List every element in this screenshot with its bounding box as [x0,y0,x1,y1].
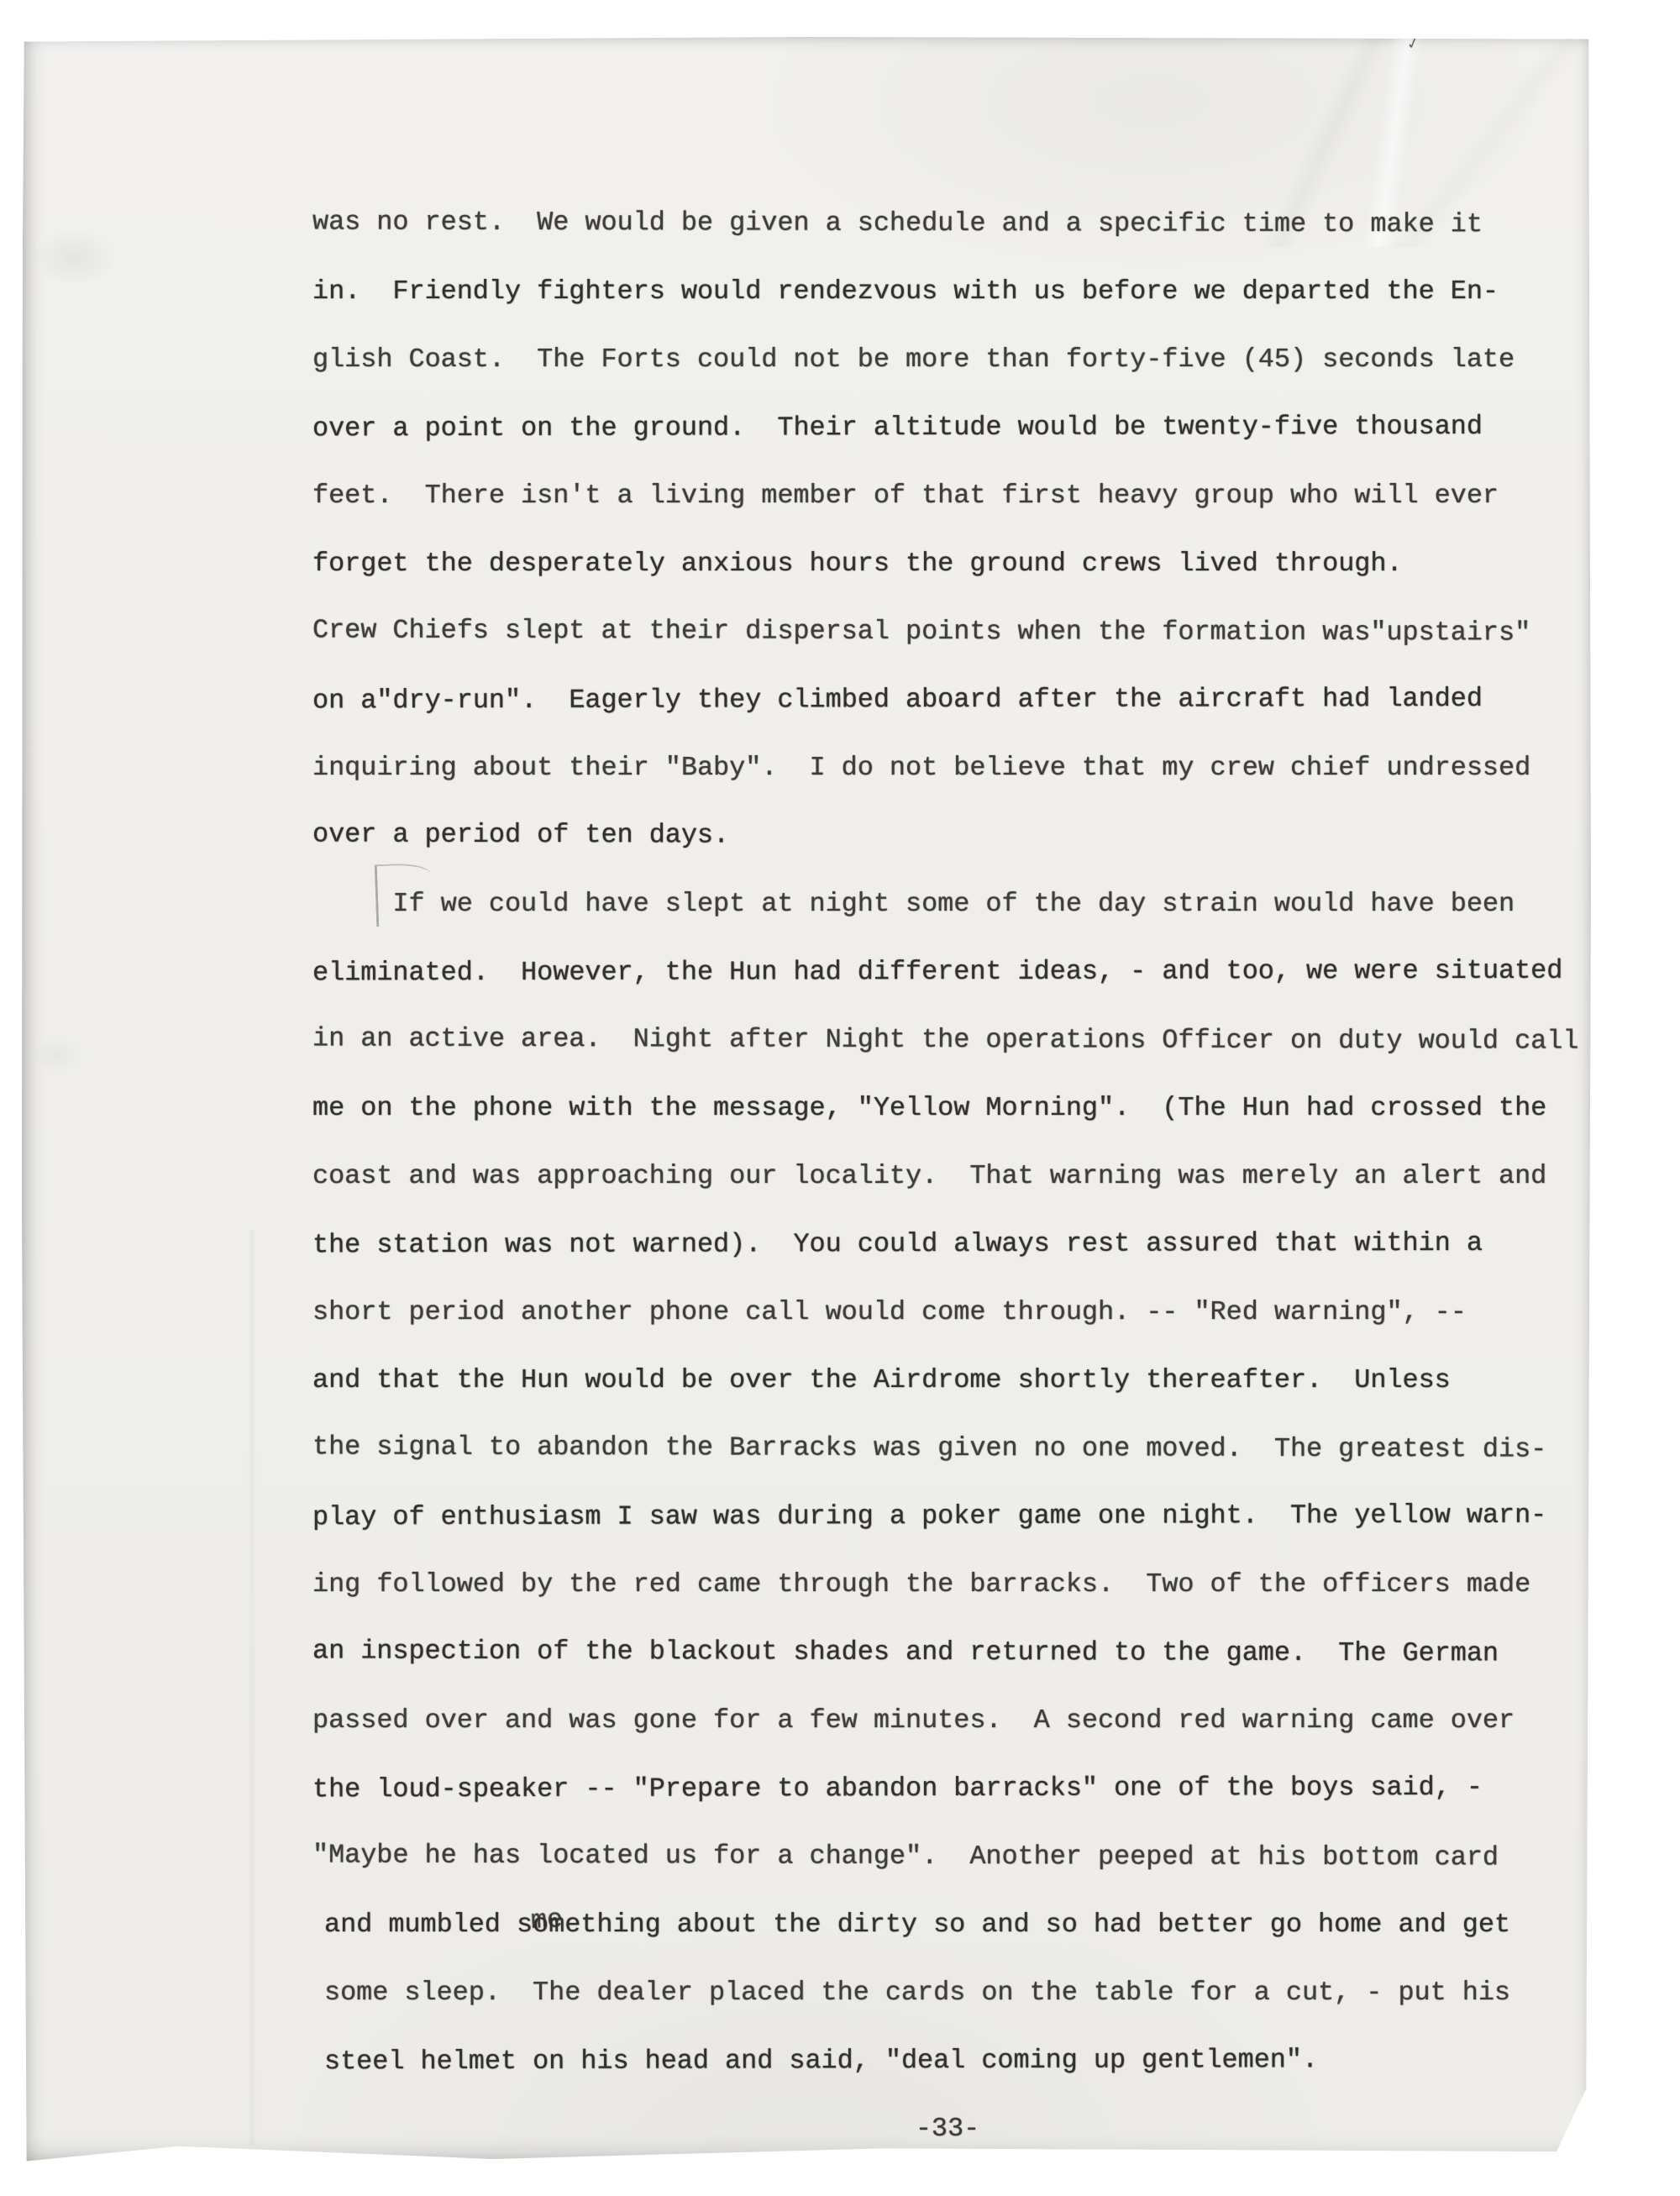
text-line-2: in. Friendly fighters would rendezvous w… [312,258,1583,326]
text-line-16: the station was not warned). You could a… [312,1210,1583,1280]
text-line-19: the signal to abandon the Barracks was g… [312,1413,1583,1484]
text-line-12: eliminated. However, the Hun had differe… [312,938,1583,1008]
page-number: -33- [312,2095,1583,2163]
text-line-9: inquiring about their "Baby". I do not b… [312,734,1583,802]
text-line-24: the loud-speaker -- "Prepare to abandon … [312,1754,1583,1825]
text-line-11: If we could have slept at night some of … [312,870,1583,938]
text-line-13: in an active area. Night after Night the… [312,1005,1583,1075]
text-line-17: short period another phone call would co… [312,1279,1583,1347]
text-line-20: play of enthusiasm I saw was during a po… [312,1482,1583,1552]
text-line-8: on a"dry-run". Eagerly they climbed aboa… [312,665,1583,736]
text-line-21: ing followed by the red came through the… [312,1551,1583,1619]
text-line-6: forget the desperately anxious hours the… [312,530,1583,598]
text-line-25: "Maybe he has located us for a change". … [312,1821,1583,1892]
paper-crease-left [234,1230,270,2146]
text-line-15: coast and was approaching our locality. … [312,1143,1583,1211]
text-line-4: over a point on the ground. Their altitu… [312,393,1583,464]
text-line-27: some sleep. The dealer placed the cards … [324,1959,1583,2027]
paper-sheet: ✓ me was no rest. We would be given a sc… [22,37,1591,2163]
text-line-7: Crew Chiefs slept at their dispersal poi… [312,596,1583,667]
text-line-14: me on the phone with the message, "Yello… [312,1074,1583,1143]
text-line-5: feet. There isn't a living member of tha… [312,462,1583,530]
text-line-3: glish Coast. The Forts could not be more… [312,326,1583,394]
text-line-10: over a period of ten days. [312,801,1583,871]
text-line-26: and mumbled something about the dirty so… [324,1891,1583,1959]
text-line-1: was no rest. We would be given a schedul… [312,188,1583,259]
text-line-22: an inspection of the blackout shades and… [312,1617,1583,1688]
pen-tick-icon: ✓ [1406,34,1421,55]
text-line-23: passed over and was gone for a few minut… [312,1687,1583,1755]
text-line-18: and that the Hun would be over the Airdr… [312,1347,1583,1415]
text-line-28: steel helmet on his head and said, "deal… [324,2026,1583,2097]
typewritten-text: was no rest. We would be given a schedul… [312,190,1583,2163]
